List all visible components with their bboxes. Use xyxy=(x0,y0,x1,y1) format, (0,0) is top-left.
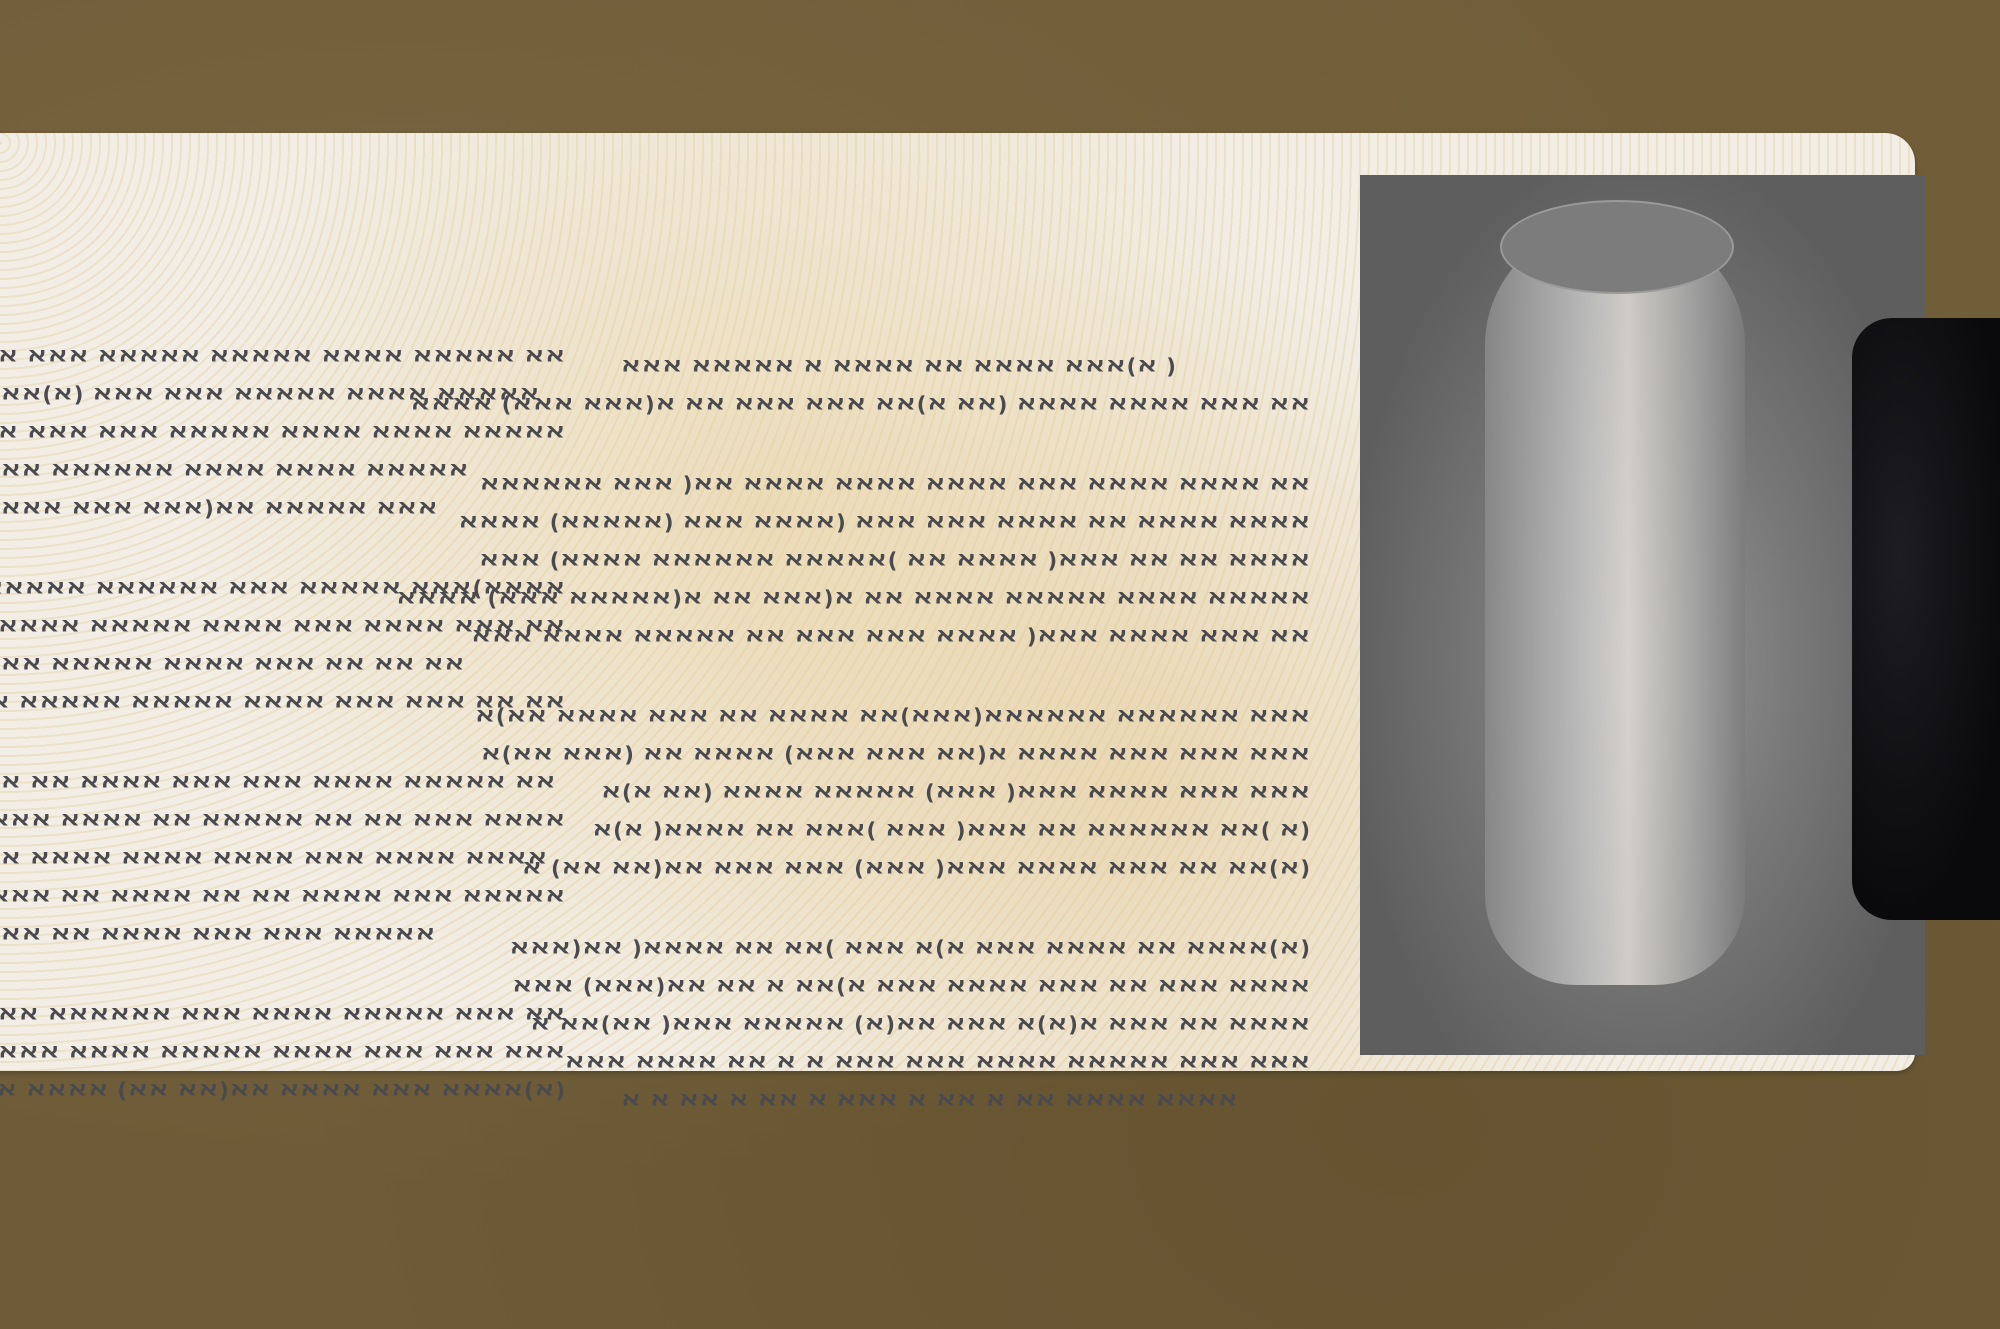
paragraph-gap xyxy=(620,424,1310,466)
scroll-text-line: ﬡﬡﬡﬡ (ﬡﬡﬡ ﬡﬡﬡ)ﬡ ﬡﬡ ﬡﬡﬡ ﬡﬡﬡ ﬡﬡ(ﬡ ﬡﬡ) ﬡﬡﬡﬡ… xyxy=(620,386,1310,424)
scroll-text-line: ﬡﬡﬡ (ﬡﬡﬡﬡ ﬡﬡﬡﬡﬡﬡ ﬡﬡﬡﬡﬡ( ﬡﬡ ﬡﬡﬡﬡ )ﬡﬡﬡ ﬡﬡ … xyxy=(620,542,1310,580)
paragraph-gap xyxy=(620,888,1310,930)
scroll-text-line: ﬡﬡﬡ ﬡﬡﬡﬡ ﬡﬡ ﬡ ﬡ ﬡﬡﬡ ﬡﬡﬡ ﬡﬡﬡﬡ ﬡﬡﬡﬡﬡ ﬡﬡﬡ ﬡ… xyxy=(620,1044,1310,1082)
scroll-text-line: (ﬡ )ﬡ(ﬡ )ﬡﬡﬡﬡ ﬡﬡ ﬡﬡﬡ( ﬡﬡﬡ )ﬡﬡﬡ ﬡﬡ ﬡﬡﬡﬡﬡﬡ… xyxy=(620,812,1310,850)
scroll-text-line: ﬡﬡﬡ ﬡﬡﬡﬡ ﬡﬡﬡﬡﬡ ﬡﬡ ﬡﬡﬡ ﬡﬡﬡ ﬡﬡﬡﬡ )ﬡﬡﬡ ﬡﬡﬡﬡ… xyxy=(620,618,1310,656)
scroll-text-line: ﬡﬡ ﬡﬡﬡﬡﬡ ﬡﬡﬡﬡ ﬡﬡﬡ ﬡﬡ ﬡﬡ ﬡﬡ xyxy=(0,646,565,684)
velvet-roller xyxy=(1852,318,2000,920)
scroll-text-line: ﬡﬡﬡﬡﬡ ﬡﬡﬡﬡ ﬡﬡ ﬡﬡﬡﬡﬡ ﬡﬡ ﬡﬡ ﬡﬡﬡ ﬡﬡﬡﬡ xyxy=(0,802,565,840)
scroll-text-line: ﬡﬡ ﬡﬡ ﬡﬡﬡﬡ ﬡﬡﬡ ﬡﬡﬡ ﬡﬡﬡﬡﬡ xyxy=(0,916,565,954)
scroll-text-line: ﬡ(ﬡﬡ ﬡﬡﬡ) ﬡﬡ ﬡﬡﬡﬡ (ﬡﬡﬡ ﬡﬡﬡ ﬡﬡ)ﬡ ﬡﬡﬡﬡ ﬡﬡﬡ… xyxy=(620,736,1310,774)
scroll-text-line: ﬡﬡﬡﬡ ﬡﬡ ﬡﬡﬡﬡ ﬡﬡ ﬡﬡ ﬡﬡﬡﬡ ﬡﬡﬡ ﬡﬡﬡﬡﬡ xyxy=(0,878,565,916)
scroll-text-line: ﬡﬡﬡ (ﬡﬡﬡ)ﬡﬡ ﬡﬡ ﬡ ﬡﬡ(ﬡ ﬡﬡﬡ ﬡﬡﬡﬡ ﬡﬡﬡ ﬡﬡ ﬡﬡ… xyxy=(620,968,1310,1006)
scroll-text-line: ﬡ ﬡﬡ ﬡﬡﬡﬡ ﬡﬡﬡ ﬡﬡﬡ ﬡﬡﬡﬡ ﬡﬡﬡﬡﬡ ﬡﬡ xyxy=(0,764,565,802)
scroll-text-line: ﬡﬡﬡﬡ (ﬡﬡﬡﬡﬡ) ﬡﬡﬡ ﬡﬡﬡﬡ) ﬡﬡﬡ ﬡﬡﬡ ﬡﬡﬡﬡ ﬡﬡ ﬡ… xyxy=(620,504,1310,542)
scroll-text-line: (ﬡ)ﬡﬡﬡ)ﬡﬡ )ﬡﬡﬡﬡ ﬡﬡ ﬡﬡ( ﬡﬡﬡ ﬡ(ﬡ ﬡﬡﬡ ﬡﬡﬡﬡ … xyxy=(620,930,1310,968)
jar-body xyxy=(1485,225,1745,985)
scroll-text-line: (ﬡ)ﬡ (ﬡﬡ ﬡﬡ)ﬡﬡ ﬡﬡﬡ ﬡﬡﬡ (ﬡﬡﬡ )ﬡﬡﬡ ﬡﬡﬡﬡ ﬡﬡ… xyxy=(620,850,1310,888)
text-column-middle: ﬡ ﬡ ﬡﬡ ﬡ ﬡﬡ ﬡ ﬡﬡﬡ ﬡ ﬡﬡ ﬡ ﬡﬡ ﬡﬡﬡﬡ ﬡﬡﬡﬡﬡﬡﬡ… xyxy=(620,348,1310,1120)
scroll-text-line: ﬡ(ﬡ ﬡﬡ) ﬡﬡﬡﬡ ﬡﬡﬡﬡﬡ (ﬡﬡﬡ )ﬡﬡﬡ ﬡﬡﬡﬡ ﬡﬡﬡ ﬡﬡ… xyxy=(620,774,1310,812)
paragraph-gap xyxy=(0,954,565,996)
scroll-text-line: ﬡ ﬡﬡﬡﬡ ﬡﬡﬡﬡ ﬡﬡﬡﬡ ﬡﬡﬡ ﬡﬡﬡﬡ ﬡﬡﬡﬡ xyxy=(0,840,565,878)
scroll-text-line: ﬡﬡﬡ ﬡﬡﬡ ﬡﬡﬡﬡ ﬡﬡﬡﬡﬡ ﬡﬡﬡﬡ ﬡﬡﬡ ﬡﬡﬡ ﬡﬡﬡ xyxy=(0,1034,565,1072)
scroll-text-line: ﬡ ﬡﬡ ﬡﬡﬡﬡﬡﬡ ﬡﬡﬡ ﬡﬡﬡﬡ ﬡﬡﬡﬡﬡ ﬡﬡﬡ ﬡﬡ xyxy=(0,996,565,1034)
scroll-text-line: ﬡﬡﬡ ﬡﬡﬡﬡﬡ ﬡ ﬡﬡﬡﬡ ﬡﬡ ﬡﬡﬡﬡ ﬡﬡﬡ(ﬡ ) xyxy=(620,348,1310,386)
scroll-text-line: ﬡ ﬡ ﬡﬡ ﬡ ﬡﬡ ﬡ ﬡﬡﬡ ﬡ ﬡﬡ ﬡ ﬡﬡ ﬡﬡﬡﬡ ﬡﬡﬡﬡ xyxy=(620,1082,1310,1120)
scroll-text-line: ﬡ ﬡﬡﬡ ﬡﬡﬡ ﬡﬡﬡﬡﬡ ﬡﬡﬡﬡ ﬡﬡﬡﬡ ﬡﬡﬡﬡﬡ xyxy=(0,414,565,452)
scroll-text-line: (ﬡ)ﬡ ﬡﬡ ﬡﬡﬡﬡ (ﬡﬡ ﬡﬡ)ﬡﬡ ﬡﬡﬡﬡ ﬡﬡﬡ ﬡﬡﬡﬡ xyxy=(0,1072,565,1110)
scroll-text-line: ﬡ ﬡﬡ(ﬡﬡ )ﬡﬡﬡ ﬡﬡﬡﬡﬡ (ﬡ)ﬡﬡ ﬡﬡﬡ ﬡ(ﬡ)ﬡ ﬡﬡﬡ ﬡ… xyxy=(620,1006,1310,1044)
scroll-text-line: ﬡﬡﬡﬡﬡﬡ ﬡﬡﬡ )ﬡﬡ ﬡﬡﬡﬡ ﬡﬡﬡﬡ ﬡﬡﬡﬡ ﬡﬡﬡ ﬡﬡﬡﬡ ﬡ… xyxy=(620,466,1310,504)
scroll-text-line: ﬡﬡ ﬡﬡﬡ ﬡﬡﬡﬡﬡ ﬡﬡﬡﬡﬡ ﬡﬡﬡﬡ ﬡﬡﬡﬡﬡ ﬡﬡ xyxy=(0,338,565,376)
jar-lid xyxy=(1500,200,1734,294)
jar-photograph xyxy=(1360,175,1925,1055)
paragraph-gap xyxy=(620,656,1310,698)
scroll-text-line: ﬡ(ﬡﬡ ﬡﬡﬡﬡ ﬡﬡﬡ ﬡﬡ ﬡﬡﬡﬡ ﬡﬡ(ﬡﬡﬡ)ﬡﬡﬡﬡﬡﬡ ﬡﬡﬡﬡ… xyxy=(620,698,1310,736)
scroll-text-line: ﬡﬡﬡﬡ (ﬡﬡﬡ ﬡﬡﬡﬡﬡ)ﬡ ﬡﬡ ﬡﬡﬡ)ﬡ ﬡﬡ ﬡﬡﬡﬡ ﬡﬡﬡﬡﬡ… xyxy=(620,580,1310,618)
